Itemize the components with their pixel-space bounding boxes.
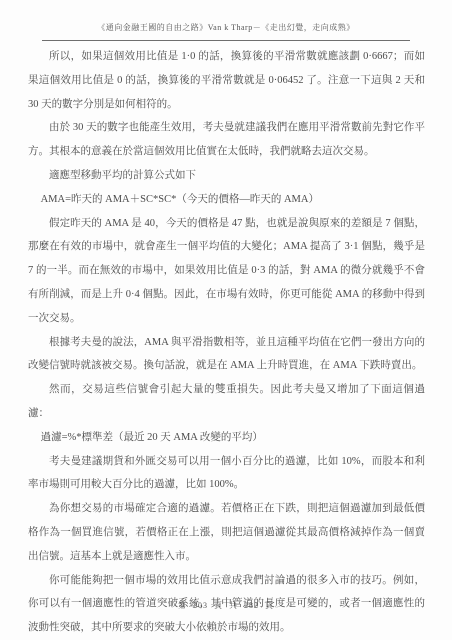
paragraph: 所以，如果這個效用比值是 1·0 的話，換算後的平滑常數就應該劃 0·6667；… xyxy=(28,45,425,116)
paragraph: 由於 30 天的數字也能產生效用，考夫曼就建議我們在應用平滑常數前先對它作平方。… xyxy=(28,116,425,164)
page-header-title: 《通向金融王國的自由之路》Van k Tharp－《走出幻覺，走向成熟》 xyxy=(0,22,452,33)
formula-line: 過濾=%*標準差（最近 20 天 AMA 改變的平均） xyxy=(28,426,425,450)
paragraph: 然而，交易這些信號會引起大量的雙重損失。因此考夫曼又增加了下面這個過濾： xyxy=(28,378,425,426)
paragraph: 為你想交易的市場確定合適的過濾。若價格正在下跌，則把這個過濾加到最低價格作為一個… xyxy=(28,497,425,568)
paragraph: 根據考夫曼的說法，AMA 與平滑指數相等，並且這種平均值在它們一發出方向的改變信… xyxy=(28,331,425,379)
formula-line: AMA=昨天的 AMA＋SC*SC*（今天的價格—昨天的 AMA） xyxy=(28,188,425,212)
paragraph: 考夫曼建議期貨和外匯交易可以用一個小百分比的過濾，比如 10%，而股本和利率市場… xyxy=(28,450,425,498)
paragraph: 適應型移動平均的計算公式如下 xyxy=(28,164,425,188)
body-text: 所以，如果這個效用比值是 1·0 的話，換算後的平滑常數就應該劃 0·6667；… xyxy=(28,45,425,640)
header-divider xyxy=(42,40,410,41)
footer-page-number: 第 203 頁 共 282 頁 xyxy=(0,600,452,611)
paragraph: 假定昨天的 AMA 是 40，今天的價格是 47 點，也就是說與原來的差額是 7… xyxy=(28,212,425,331)
document-page: 《通向金融王國的自由之路》Van k Tharp－《走出幻覺，走向成熟》 所以，… xyxy=(0,0,452,640)
